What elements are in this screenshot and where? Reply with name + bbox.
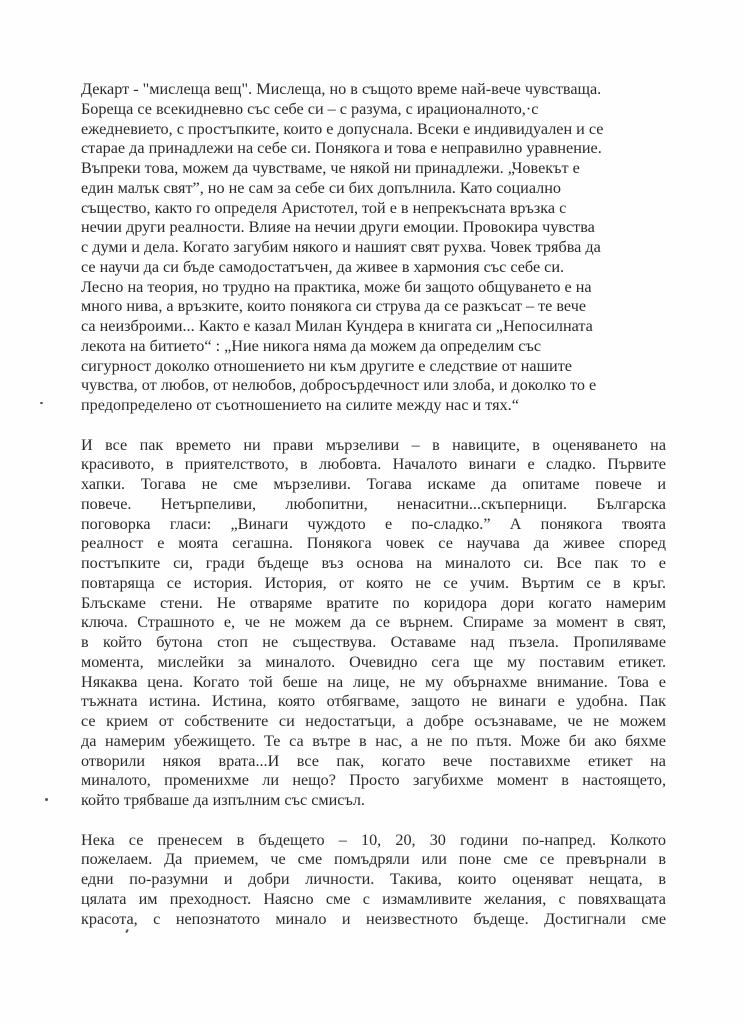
text-line: едни по-разумни и добри личности. Такива…: [81, 870, 666, 890]
text-line: се научи да си бъде самодостатъчен, да ж…: [81, 258, 666, 278]
text-line: много нива, а връзките, които понякога с…: [81, 297, 666, 317]
text-line: красивото, в приятелството, в любовта. Н…: [81, 455, 666, 475]
text-line: цялата им преходност. Наясно сме с измам…: [81, 890, 666, 910]
text-line: ежедневието, с простъпките, които е допу…: [81, 120, 666, 140]
text-line: постъпките си, гради бъдеще въз основа н…: [81, 554, 666, 574]
text-line: в който бутона стоп не съществува. Остав…: [81, 633, 666, 653]
text-line: са неизброими... Както е казал Милан Кун…: [81, 317, 666, 337]
text-line: се крием от собствените си недостатъци, …: [81, 712, 666, 732]
text-line: същество, както го определя Аристотел, т…: [81, 199, 666, 219]
text-line: пожелаем. Да приемем, че сме помъдряли и…: [81, 850, 666, 870]
paragraph-gap: [81, 416, 666, 436]
text-line: И все пак времето ни прави мързеливи – в…: [81, 436, 666, 456]
text-line: с думи и дела. Когато загубим някого и н…: [81, 238, 666, 258]
text-line: момента, мислейки за миналото. Очевидно …: [81, 653, 666, 673]
text-line: един малък свят”, но не сам за себе си б…: [81, 179, 666, 199]
text-line: предопределено от съотношението на силит…: [81, 396, 666, 416]
text-line: Въпреки това, можем да чувстваме, че няк…: [81, 159, 666, 179]
text-line: Блъскаме стени. Не отваряме вратите по к…: [81, 594, 666, 614]
text-line: ключа. Страшното е, че не можем да се въ…: [81, 613, 666, 633]
text-line: Някаква цена. Когато той беше на лице, н…: [81, 673, 666, 693]
text-line: лекота на битието“ : „Ние никога няма да…: [81, 337, 666, 357]
scan-speck: [40, 402, 43, 404]
text-line: миналото, променихме ли нещо? Просто заг…: [81, 771, 666, 791]
text-line: отворили някоя врата...И все пак, когато…: [81, 752, 666, 772]
text-line: Декарт - "мислеща вещ". Мислеща, но в съ…: [81, 80, 666, 100]
text-line: реалност е моята сегашна. Понякога човек…: [81, 534, 666, 554]
paragraph-2: И все пак времето ни прави мързеливи – в…: [81, 436, 666, 811]
text-line: старае да принадлежи на себе си. Поняког…: [81, 139, 666, 159]
paragraph-1: Декарт - "мислеща вещ". Мислеща, но в съ…: [81, 80, 666, 416]
text-line: хапки. Тогава не сме мързеливи. Тогава и…: [81, 475, 666, 495]
text-line: чувства, от любов, от нелюбов, добросърд…: [81, 376, 666, 396]
scan-speck: [45, 798, 48, 801]
text-line: Лесно на теория, но трудно на практика, …: [81, 278, 666, 298]
paragraph-3: Нека се пренесем в бъдещето – 10, 20, 30…: [81, 831, 666, 930]
text-line: който трябваше да изпълним със смисъл.: [81, 791, 666, 811]
text-line: нечии други реалности. Влияе на нечии др…: [81, 218, 666, 238]
scan-speck: [125, 929, 129, 933]
text-line: поговорка гласи: „Винаги чуждото е по-сл…: [81, 515, 666, 535]
text-line: тъжната истина. Истина, която отбягваме,…: [81, 692, 666, 712]
text-line: Бореща се всекидневно със себе си – с ра…: [81, 100, 666, 120]
text-line: повече. Нетърпеливи, любопитни, ненаситн…: [81, 495, 666, 515]
text-line: повтаряща се история. История, от която …: [81, 574, 666, 594]
scanned-document-page: Декарт - "мислеща вещ". Мислеща, но в съ…: [81, 80, 666, 929]
text-line: сигурност доколко отношението ни към дру…: [81, 357, 666, 377]
paragraph-gap: [81, 811, 666, 831]
text-line: красота, с непознатото минало и неизвест…: [81, 910, 666, 930]
text-line: Нека се пренесем в бъдещето – 10, 20, 30…: [81, 831, 666, 851]
text-line: да намерим убежището. Те са вътре в нас,…: [81, 732, 666, 752]
